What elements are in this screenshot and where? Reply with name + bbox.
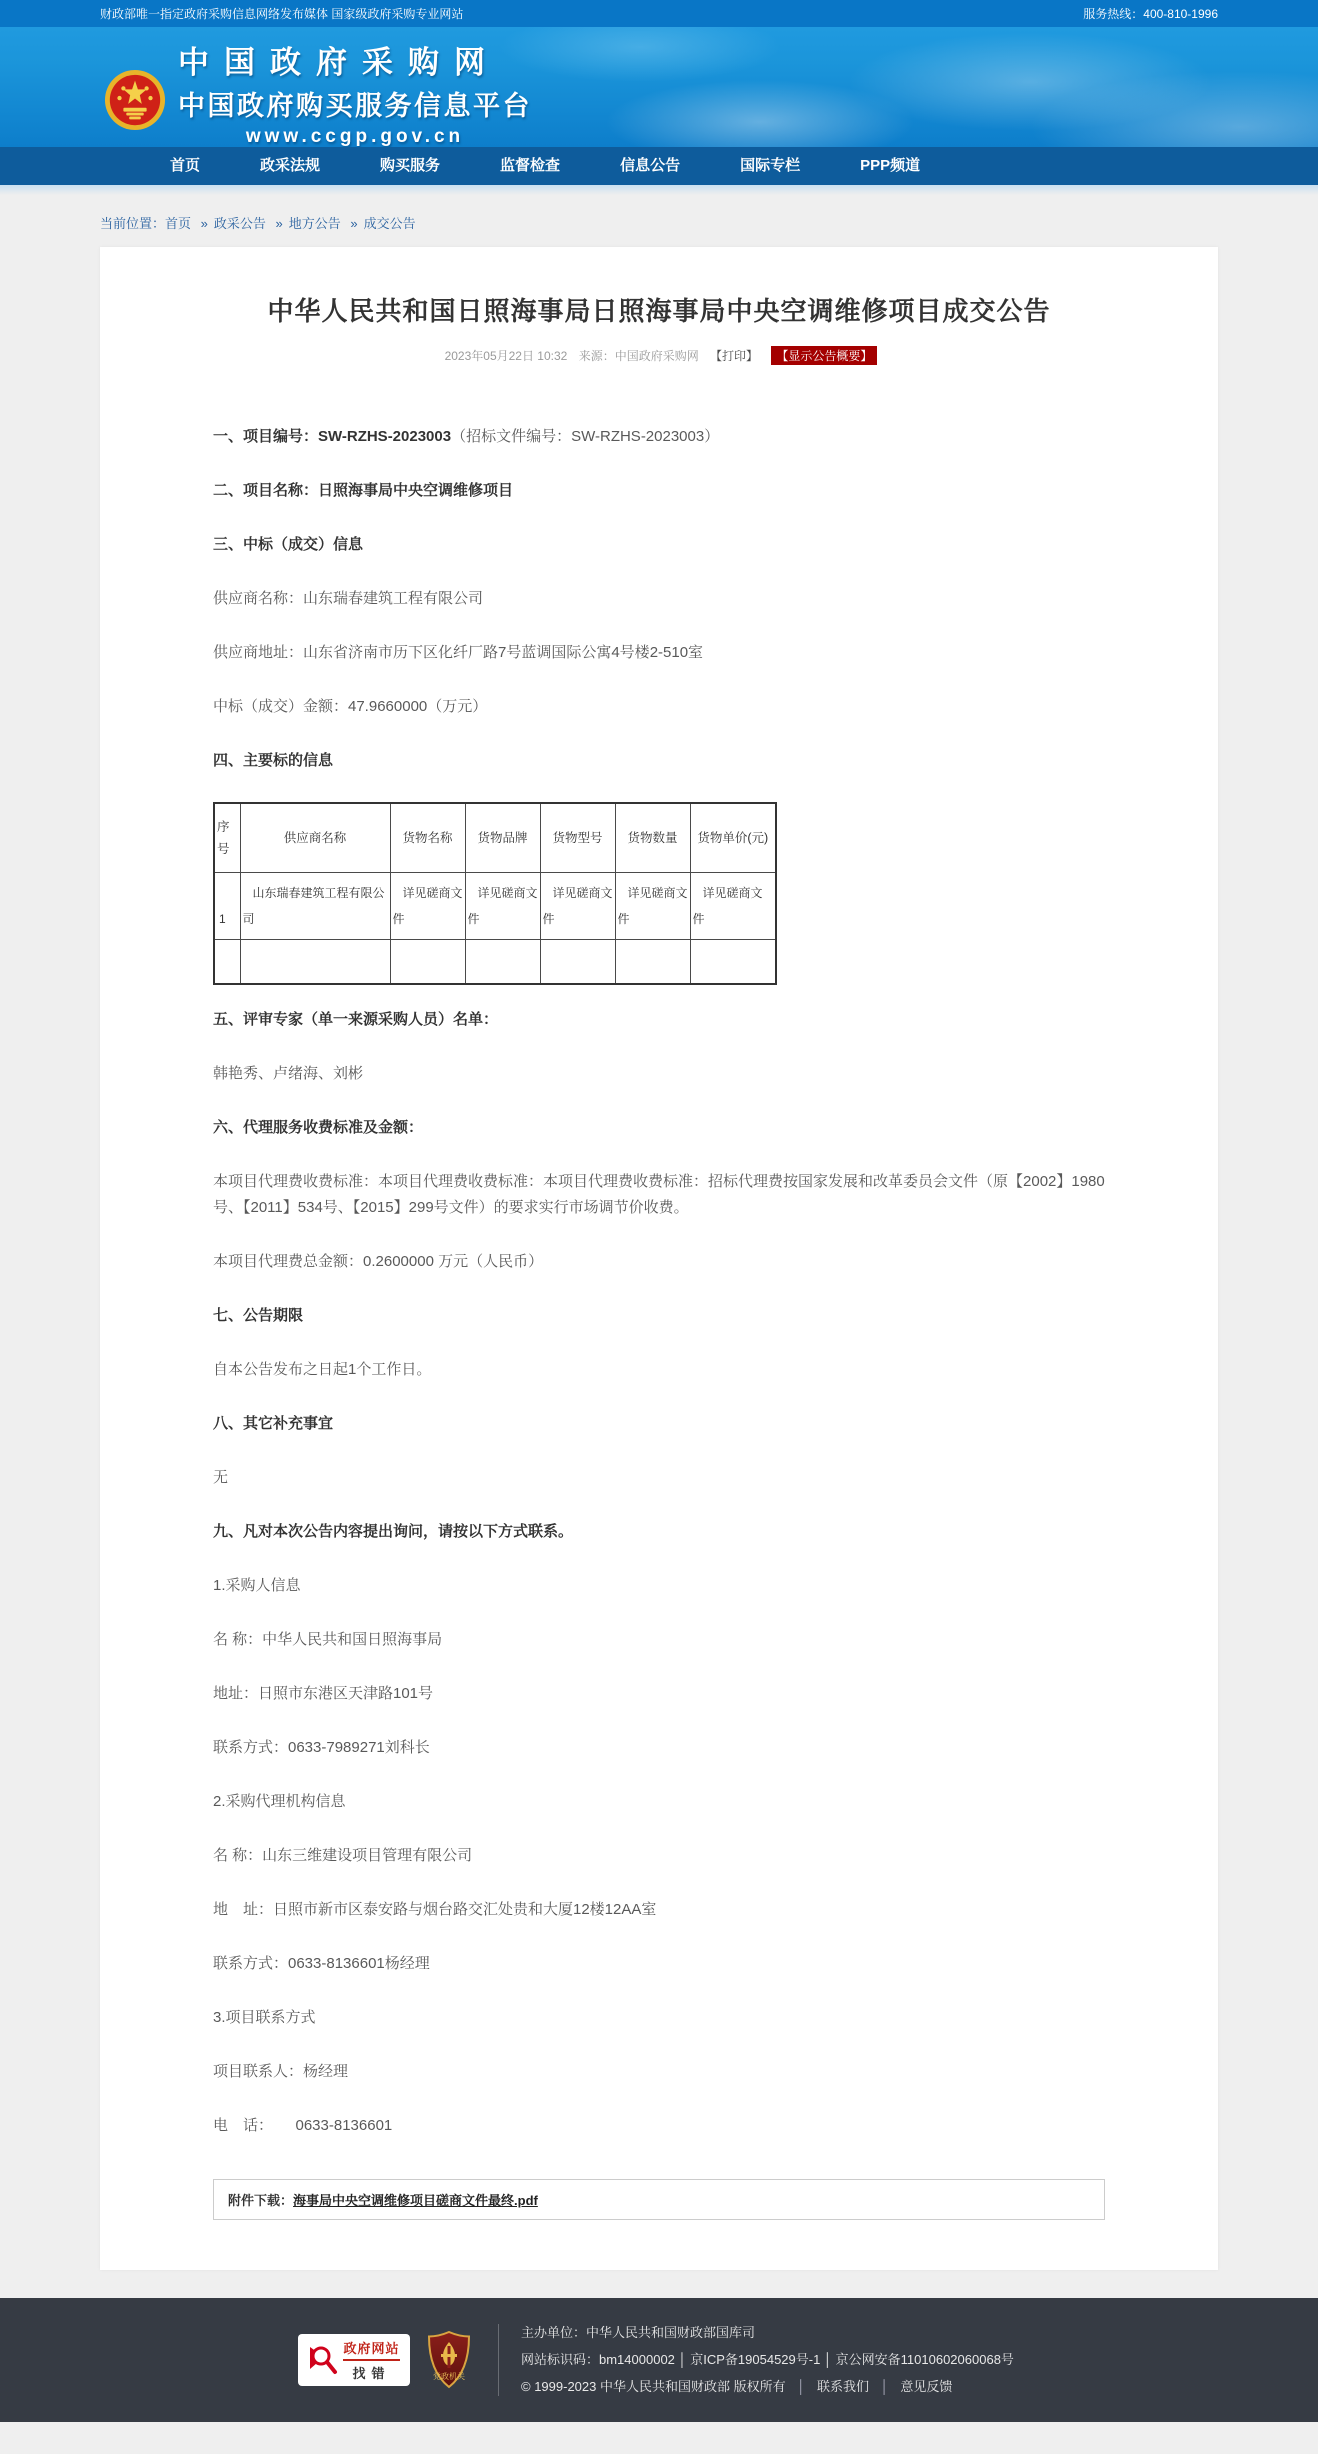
paragraph-announcement-period-heading: 七、公告期限 — [213, 1303, 1105, 1329]
paragraph-supplier-name: 供应商名称：山东瑞春建筑工程有限公司 — [213, 586, 1105, 612]
section-heading: 七、公告期限 — [213, 1307, 303, 1324]
col-header-goods-price: 货物单价(元) — [690, 803, 776, 873]
section-text: 项目联系人：杨经理 — [213, 2063, 348, 2080]
site-subtitle: 中国政府购买服务信息平台 — [178, 84, 532, 123]
paragraph-award-info-heading: 三、中标（成交）信息 — [213, 532, 1105, 558]
magnifier-icon — [308, 2343, 338, 2377]
find-error-line2: 找错 — [343, 2363, 399, 2382]
paragraph-supplier-address: 供应商地址：山东省济南市历下区化纤厂路7号蓝调国际公寓4号楼2-510室 — [213, 640, 1105, 666]
find-error-line1: 政府网站 — [343, 2338, 399, 2361]
col-header-goods-model: 货物型号 — [540, 803, 615, 873]
paragraph-other-none: 无 — [213, 1465, 1105, 1491]
paragraph-award-amount: 中标（成交）金额：47.9660000（万元） — [213, 694, 1105, 720]
section-text: 联系方式：0633-8136601杨经理 — [213, 1955, 430, 1972]
section-heading: 二、项目名称：日照海事局中央空调维修项目 — [213, 482, 513, 499]
breadcrumb: 当前位置：首页 »政采公告 »地方公告 »成交公告 — [0, 195, 1318, 247]
goods-table: 序号 供应商名称 货物名称 货物品牌 货物型号 货物数量 货物单价(元) 1 山… — [213, 802, 777, 985]
paragraph-purchaser-contact: 联系方式：0633-7989271刘科长 — [213, 1735, 1105, 1761]
find-error-badge-text: 政府网站 找错 — [343, 2338, 399, 2382]
section-heading: 三、中标（成交）信息 — [213, 536, 363, 553]
breadcrumb-link-local-announcements[interactable]: 地方公告 — [289, 216, 341, 231]
section-heading: 八、其它补充事宜 — [213, 1415, 333, 1432]
paragraph-purchaser-name: 名 称：中华人民共和国日照海事局 — [213, 1627, 1105, 1653]
paragraph-agency-fee-standard: 本项目代理费收费标准：本项目代理费收费标准：本项目代理费收费标准：招标代理费按国… — [213, 1169, 1105, 1221]
section-heading: 九、凡对本次公告内容提出询问，请按以下方式联系。 — [213, 1523, 573, 1540]
section-text: 自本公告发布之日起1个工作日。 — [213, 1361, 431, 1378]
nav-item-regulations[interactable]: 政采法规 — [230, 147, 350, 185]
footer-registration: 网站标识码：bm14000002 │ 京ICP备19054529号-1 │ 京公… — [521, 2346, 1014, 2373]
nav-item-international[interactable]: 国际专栏 — [710, 147, 830, 185]
topbar-hotline: 服务热线：400-810-1996 — [1083, 5, 1218, 22]
paragraph-agency-info: 2.采购代理机构信息 — [213, 1789, 1105, 1815]
paragraph-purchaser-info: 1.采购人信息 — [213, 1573, 1105, 1599]
page-title: 中华人民共和国日照海事局日照海事局中央空调维修项目成交公告 — [213, 293, 1105, 329]
nav-shadow-decoration — [0, 185, 1318, 195]
breadcrumb-separator: » — [350, 216, 357, 231]
table-header-row: 序号 供应商名称 货物名称 货物品牌 货物型号 货物数量 货物单价(元) — [214, 803, 776, 873]
paragraph-agency-fee-heading: 六、代理服务收费标准及金额： — [213, 1115, 1105, 1141]
main-nav: 首页 政采法规 购买服务 监督检查 信息公告 国际专栏 PPP频道 — [0, 147, 1318, 185]
breadcrumb-separator: » — [276, 216, 283, 231]
nav-item-purchase-service[interactable]: 购买服务 — [350, 147, 470, 185]
section-heading: 六、代理服务收费标准及金额： — [213, 1119, 423, 1136]
footer-separator: │ — [881, 2379, 889, 2394]
attachment-label: 附件下载： — [228, 2193, 293, 2208]
section-text: 3.项目联系方式 — [213, 2009, 316, 2026]
section-text: 电 话： 0633-8136601 — [213, 2117, 392, 2134]
col-header-goods-qty: 货物数量 — [615, 803, 690, 873]
paragraph-contact-heading: 九、凡对本次公告内容提出询问，请按以下方式联系。 — [213, 1519, 1105, 1545]
party-gov-badge-label: 党政机关 — [433, 2371, 465, 2381]
section-text: 地 址：日照市新市区泰安路与烟台路交汇处贵和大厦12楼12AA室 — [213, 1901, 656, 1918]
cell-goods-qty: 详见磋商文件 — [615, 873, 690, 940]
nav-item-announcements[interactable]: 信息公告 — [590, 147, 710, 185]
gov-site-find-error-badge[interactable]: 政府网站 找错 — [298, 2334, 410, 2386]
attachment-box: 附件下载：海事局中央空调维修项目磋商文件最终.pdf — [213, 2179, 1105, 2220]
cell-goods-brand: 详见磋商文件 — [465, 873, 540, 940]
breadcrumb-link-gov-announcements[interactable]: 政采公告 — [214, 216, 266, 231]
section-text: 1.采购人信息 — [213, 1577, 301, 1594]
show-summary-badge[interactable]: 【显示公告概要】 — [771, 346, 877, 365]
paragraph-project-number: 一、项目编号：SW-RZHS-2023003（招标文件编号：SW-RZHS-20… — [213, 424, 1105, 450]
col-header-goods-name: 货物名称 — [390, 803, 465, 873]
site-url: www.ccgp.gov.cn — [178, 126, 532, 147]
print-button[interactable]: 【打印】 — [710, 349, 758, 363]
cell-goods-price: 详见磋商文件 — [690, 873, 776, 940]
paragraph-project-name: 二、项目名称：日照海事局中央空调维修项目 — [213, 478, 1105, 504]
section-text: 无 — [213, 1469, 228, 1486]
footer-separator: │ — [797, 2379, 805, 2394]
paragraph-agency-address: 地 址：日照市新市区泰安路与烟台路交汇处贵和大厦12楼12AA室 — [213, 1897, 1105, 1923]
breadcrumb-link-home[interactable]: 首页 — [165, 216, 191, 231]
section-heading: 五、评审专家（单一来源采购人员）名单： — [213, 1011, 498, 1028]
section-text: 本项目代理费总金额：0.2600000 万元（人民币） — [213, 1253, 543, 1270]
article-body: 一、项目编号：SW-RZHS-2023003（招标文件编号：SW-RZHS-20… — [213, 424, 1105, 2139]
article-meta: 2023年05月22日 10:32 来源：中国政府采购网 【打印】 【显示公告概… — [213, 347, 1105, 364]
topbar-slogan: 财政部唯一指定政府采购信息网络发布媒体 国家级政府采购专业网站 — [100, 5, 463, 22]
section-text: 供应商名称：山东瑞春建筑工程有限公司 — [213, 590, 483, 607]
paragraph-experts-names: 韩艳秀、卢绪海、刘彬 — [213, 1061, 1105, 1087]
paragraph-other-heading: 八、其它补充事宜 — [213, 1411, 1105, 1437]
paragraph-agency-fee-total: 本项目代理费总金额：0.2600000 万元（人民币） — [213, 1249, 1105, 1275]
paragraph-project-phone: 电 话： 0633-8136601 — [213, 2113, 1105, 2139]
section-text: 供应商地址：山东省济南市历下区化纤厂路7号蓝调国际公寓4号楼2-510室 — [213, 644, 703, 661]
meta-source: 来源：中国政府采购网 — [579, 349, 699, 363]
section-heading: 四、主要标的信息 — [213, 752, 333, 769]
paragraph-purchaser-address: 地址：日照市东港区天津路101号 — [213, 1681, 1105, 1707]
col-header-supplier: 供应商名称 — [240, 803, 390, 873]
section-heading: 一、项目编号：SW-RZHS-2023003 — [213, 428, 451, 445]
paragraph-announcement-period: 自本公告发布之日起1个工作日。 — [213, 1357, 1105, 1383]
section-text: （招标文件编号：SW-RZHS-2023003） — [451, 428, 719, 445]
section-text: 本项目代理费收费标准：本项目代理费收费标准：本项目代理费收费标准：招标代理费按国… — [213, 1173, 1105, 1216]
col-header-goods-brand: 货物品牌 — [465, 803, 540, 873]
breadcrumb-prefix: 当前位置： — [100, 216, 165, 231]
meta-datetime: 2023年05月22日 10:32 — [445, 349, 568, 363]
breadcrumb-link-award-announcements[interactable]: 成交公告 — [364, 216, 416, 231]
section-text: 联系方式：0633-7989271刘科长 — [213, 1739, 430, 1756]
table-row: 1 山东瑞春建筑工程有限公司 详见磋商文件 详见磋商文件 详见磋商文件 详见磋商… — [214, 873, 776, 940]
section-text: 韩艳秀、卢绪海、刘彬 — [213, 1065, 363, 1082]
section-text: 名 称：山东三维建设项目管理有限公司 — [213, 1847, 472, 1864]
copyright-text: © 1999-2023 中华人民共和国财政部 版权所有 — [521, 2379, 786, 2394]
attachment-link[interactable]: 海事局中央空调维修项目磋商文件最终.pdf — [293, 2193, 538, 2208]
nav-item-ppp[interactable]: PPP频道 — [830, 147, 950, 185]
footer-organizer: 主办单位：中华人民共和国财政部国库司 — [521, 2319, 1014, 2346]
national-emblem-icon — [104, 69, 166, 131]
footer-text-block: 主办单位：中华人民共和国财政部国库司 网站标识码：bm14000002 │ 京I… — [521, 2319, 1014, 2400]
nav-item-home[interactable]: 首页 — [140, 147, 230, 185]
table-row-empty — [214, 940, 776, 984]
section-text: 名 称：中华人民共和国日照海事局 — [213, 1631, 442, 1648]
paragraph-agency-contact: 联系方式：0633-8136601杨经理 — [213, 1951, 1105, 1977]
paragraph-project-contact-person: 项目联系人：杨经理 — [213, 2059, 1105, 2085]
site-header: 中国政府采购网 中国政府购买服务信息平台 www.ccgp.gov.cn — [0, 27, 1318, 147]
paragraph-project-contact-heading: 3.项目联系方式 — [213, 2005, 1105, 2031]
nav-item-supervision[interactable]: 监督检查 — [470, 147, 590, 185]
footer-gap — [0, 2270, 1318, 2298]
paragraph-main-subject-heading: 四、主要标的信息 — [213, 748, 1105, 774]
cell-index: 1 — [214, 873, 240, 940]
col-header-index: 序号 — [214, 803, 240, 873]
cell-goods-model: 详见磋商文件 — [540, 873, 615, 940]
contact-us-link[interactable]: 联系我们 — [817, 2379, 869, 2394]
section-text: 地址：日照市东港区天津路101号 — [213, 1685, 433, 1702]
section-text: 中标（成交）金额：47.9660000（万元） — [213, 698, 487, 715]
paragraph-experts-heading: 五、评审专家（单一来源采购人员）名单： — [213, 1007, 1105, 1033]
logo-text-block: 中国政府采购网 中国政府购买服务信息平台 www.ccgp.gov.cn — [178, 37, 532, 147]
footer-copyright-line: © 1999-2023 中华人民共和国财政部 版权所有 │ 联系我们 │ 意见反… — [521, 2373, 1014, 2400]
cell-supplier: 山东瑞春建筑工程有限公司 — [240, 873, 390, 940]
cell-goods-name: 详见磋商文件 — [390, 873, 465, 940]
site-footer: 政府网站 找错 党政机关 主办单位：中华人民共和国财政部国库司 网站标识码：bm… — [0, 2298, 1318, 2422]
feedback-link[interactable]: 意见反馈 — [900, 2379, 952, 2394]
site-logo[interactable]: 中国政府采购网 中国政府购买服务信息平台 www.ccgp.gov.cn — [104, 37, 532, 147]
footer-divider — [498, 2324, 499, 2396]
section-text: 2.采购代理机构信息 — [213, 1793, 346, 1810]
party-gov-shield-icon[interactable]: 党政机关 — [426, 2330, 472, 2390]
topbar: 财政部唯一指定政府采购信息网络发布媒体 国家级政府采购专业网站 服务热线：400… — [0, 0, 1318, 27]
breadcrumb-separator: » — [201, 216, 208, 231]
paragraph-agency-name: 名 称：山东三维建设项目管理有限公司 — [213, 1843, 1105, 1869]
article-card: 中华人民共和国日照海事局日照海事局中央空调维修项目成交公告 2023年05月22… — [100, 247, 1218, 2270]
site-name: 中国政府采购网 — [178, 37, 532, 82]
